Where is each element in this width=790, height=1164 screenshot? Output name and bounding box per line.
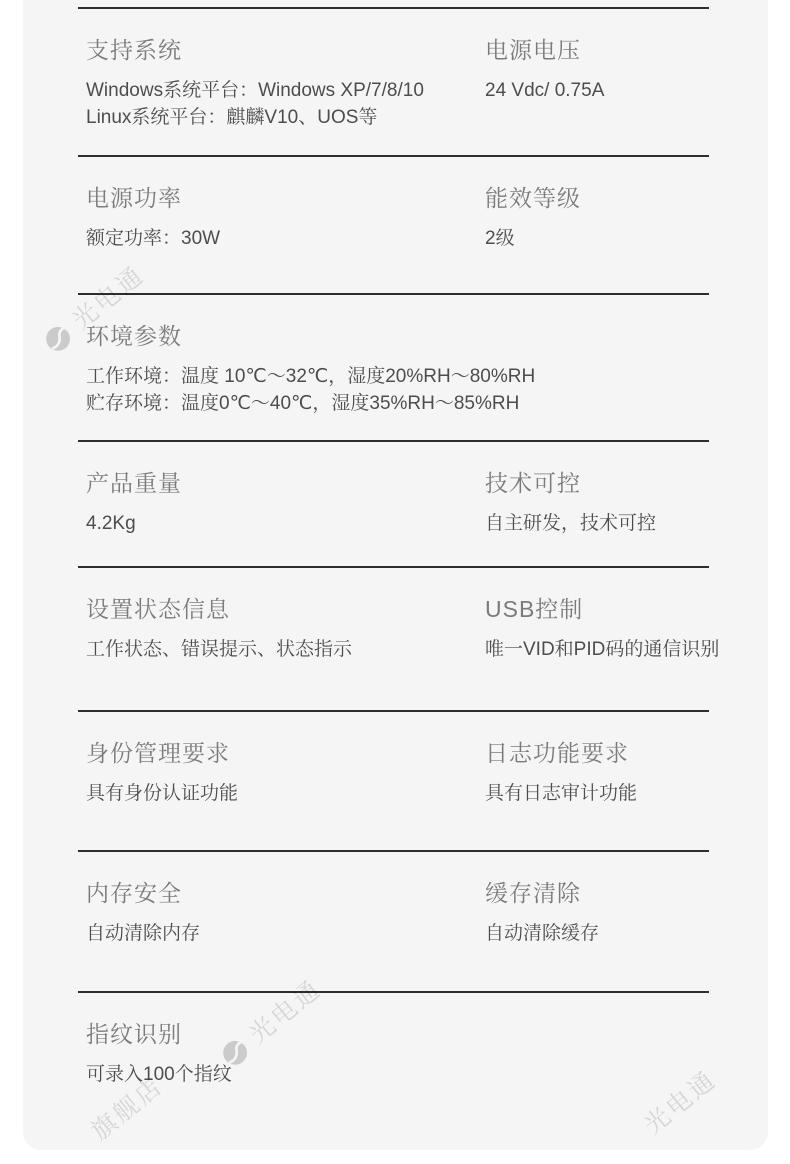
spec-column: 技术可控 自主研发，技术可控: [485, 468, 709, 537]
spec-value: 具有日志审计功能: [485, 780, 709, 807]
spec-value: 2级: [485, 225, 709, 252]
spec-heading: USB控制: [485, 594, 719, 624]
spec-section-status-info: 设置状态信息 工作状态、错误提示、状态指示 USB控制 唯一VID和PID码的通…: [78, 566, 709, 710]
spec-column: 身份管理要求 具有身份认证功能: [86, 738, 485, 807]
spec-section-identity: 身份管理要求 具有身份认证功能 日志功能要求 具有日志审计功能: [78, 710, 709, 850]
spec-section-environment: 环境参数 工作环境：温度 10℃～32℃，湿度20%RH～80%RH 贮存环境：…: [78, 293, 709, 440]
spec-heading: 身份管理要求: [86, 738, 485, 768]
spec-page: 支持系统 Windows系统平台：Windows XP/7/8/10 Linux…: [0, 0, 790, 1164]
spec-section-support-system: 支持系统 Windows系统平台：Windows XP/7/8/10 Linux…: [78, 7, 709, 155]
spec-column: 内存安全 自动清除内存: [86, 878, 485, 947]
spec-heading: 环境参数: [86, 321, 709, 351]
spec-column: 支持系统 Windows系统平台：Windows XP/7/8/10 Linux…: [86, 35, 485, 131]
spec-value: 自动清除缓存: [485, 920, 709, 947]
spec-heading: 能效等级: [485, 183, 709, 213]
spec-column: 日志功能要求 具有日志审计功能: [485, 738, 709, 807]
spec-heading: 缓存清除: [485, 878, 709, 908]
spec-value: Linux系统平台：麒麟V10、UOS等: [86, 104, 485, 131]
spec-panel: 支持系统 Windows系统平台：Windows XP/7/8/10 Linux…: [23, 0, 768, 1150]
spec-value: 唯一VID和PID码的通信识别: [485, 636, 719, 663]
spec-column: 指纹识别 可录入100个指纹: [86, 1019, 709, 1088]
spec-heading: 支持系统: [86, 35, 485, 65]
spec-column: 能效等级 2级: [485, 183, 709, 252]
spec-sections: 支持系统 Windows系统平台：Windows XP/7/8/10 Linux…: [78, 7, 709, 1148]
spec-section-fingerprint: 指纹识别 可录入100个指纹: [78, 991, 709, 1148]
spec-column: 设置状态信息 工作状态、错误提示、状态指示: [86, 594, 485, 663]
spec-column: 缓存清除 自动清除缓存: [485, 878, 709, 947]
spec-value: 可录入100个指纹: [86, 1061, 709, 1088]
spec-column: 电源功率 额定功率：30W: [86, 183, 485, 252]
spec-section-power: 电源功率 额定功率：30W 能效等级 2级: [78, 155, 709, 293]
spec-section-memory: 内存安全 自动清除内存 缓存清除 自动清除缓存: [78, 850, 709, 991]
spec-heading: 电源功率: [86, 183, 485, 213]
spec-heading: 电源电压: [485, 35, 709, 65]
spec-column: USB控制 唯一VID和PID码的通信识别: [485, 594, 719, 663]
spec-value: Windows系统平台：Windows XP/7/8/10: [86, 77, 485, 104]
spec-value: 24 Vdc/ 0.75A: [485, 77, 709, 104]
spec-value: 自动清除内存: [86, 920, 485, 947]
spec-heading: 日志功能要求: [485, 738, 709, 768]
spec-heading: 技术可控: [485, 468, 709, 498]
spec-value: 工作环境：温度 10℃～32℃，湿度20%RH～80%RH: [86, 363, 709, 390]
spec-heading: 设置状态信息: [86, 594, 485, 624]
spec-column: 环境参数 工作环境：温度 10℃～32℃，湿度20%RH～80%RH 贮存环境：…: [86, 321, 709, 417]
spec-column: 产品重量 4.2Kg: [86, 468, 485, 537]
spec-heading: 产品重量: [86, 468, 485, 498]
spec-value: 工作状态、错误提示、状态指示: [86, 636, 485, 663]
spec-value: 额定功率：30W: [86, 225, 485, 252]
spec-value: 具有身份认证功能: [86, 780, 485, 807]
spec-heading: 指纹识别: [86, 1019, 709, 1049]
spec-value: 4.2Kg: [86, 510, 485, 537]
spec-section-weight: 产品重量 4.2Kg 技术可控 自主研发，技术可控: [78, 440, 709, 566]
spec-column: 电源电压 24 Vdc/ 0.75A: [485, 35, 709, 104]
spec-value: 贮存环境：温度0℃～40℃，湿度35%RH～85%RH: [86, 390, 709, 417]
spec-heading: 内存安全: [86, 878, 485, 908]
spec-value: 自主研发，技术可控: [485, 510, 709, 537]
